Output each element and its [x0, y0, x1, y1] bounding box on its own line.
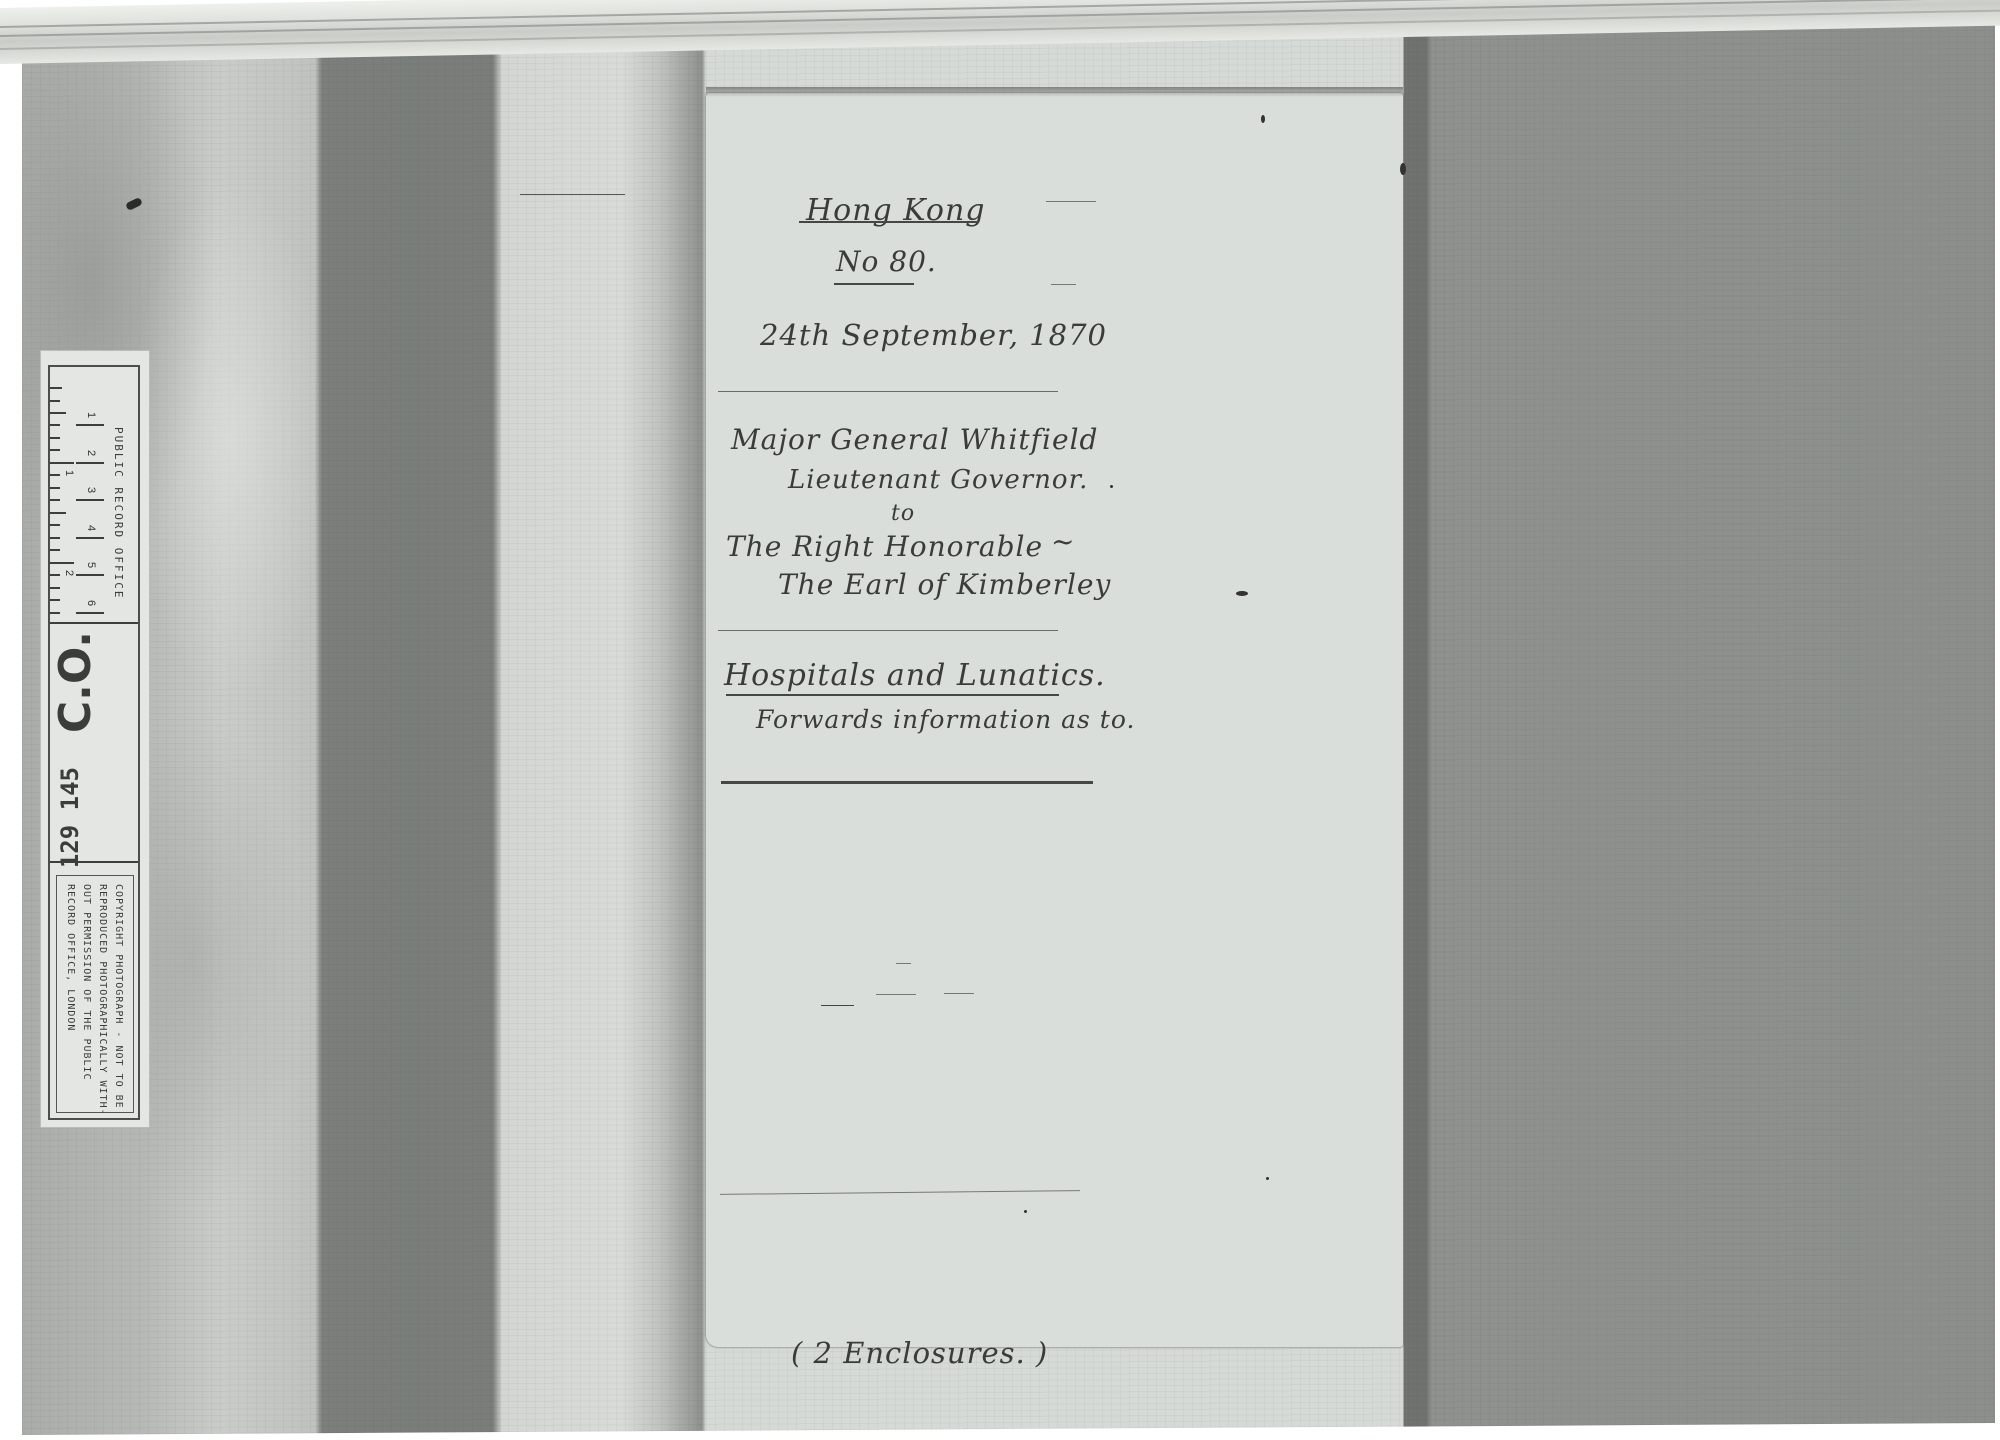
- scratch: [821, 1005, 854, 1006]
- scratch: [1051, 284, 1076, 285]
- copyright-notice: COPYRIGHT PHOTOGRAPH - NOT TO BE REPRODU…: [56, 875, 134, 1113]
- ruler-tick: [50, 449, 60, 451]
- copyright-line: COPYRIGHT PHOTOGRAPH - NOT TO BE: [113, 884, 124, 1109]
- cm-tick: [76, 574, 104, 576]
- to-word: to: [891, 501, 915, 526]
- ruler-tick: [50, 524, 60, 526]
- archive-ruler-label: PUBLIC RECORD OFFICE 1 2 3 4 5 6 1: [40, 350, 150, 1128]
- sender-name: Major General Whitfield: [731, 423, 1098, 456]
- recipient-line1: The Right Honorable: [726, 530, 1043, 563]
- ruler-tick: [50, 574, 60, 576]
- dispatch-date: 24th September, 1870: [760, 318, 1107, 352]
- number-underline: [834, 283, 914, 285]
- copyright-line: REPRODUCED PHOTOGRAPHICALLY WITH-: [97, 884, 108, 1116]
- ruler-tick: [50, 424, 60, 426]
- ink-speck: [1110, 485, 1113, 488]
- cm-label: 5: [85, 562, 97, 568]
- cm-label: 1: [85, 412, 97, 418]
- scratch: [896, 963, 911, 964]
- ink-speck: [1261, 115, 1265, 123]
- scratch: [1046, 201, 1096, 202]
- stray-scratch: [520, 194, 625, 195]
- section-divider: [50, 861, 138, 863]
- sender-title: Lieutenant Governor.: [788, 465, 1088, 495]
- copyright-line: RECORD OFFICE, LONDON: [65, 884, 76, 1031]
- subject-underline: [726, 694, 1059, 696]
- ruler-tick: [50, 499, 60, 501]
- section-divider: [50, 622, 138, 624]
- inch-label: 2: [63, 570, 75, 576]
- colony-underline: [799, 221, 979, 223]
- dispatch-number: No 80.: [836, 245, 937, 278]
- cm-label: 2: [85, 450, 97, 456]
- cm-tick: [76, 462, 104, 464]
- tilde-mark: ~: [1051, 525, 1075, 558]
- scratch: [876, 994, 916, 995]
- series-code: C.O.: [50, 631, 101, 733]
- cm-tick: [76, 537, 104, 539]
- ruler-tick: [50, 462, 74, 464]
- docket-paper: Hong Kong No 80. 24th September, 1870 Ma…: [706, 93, 1403, 1347]
- record-office-header: PUBLIC RECORD OFFICE: [112, 427, 125, 599]
- ink-speck: [1236, 591, 1248, 596]
- ruler-tick: [50, 412, 66, 414]
- subject-heading: Hospitals and Lunatics.: [724, 658, 1106, 693]
- cm-label: 6: [85, 600, 97, 606]
- ruler-tick: [50, 512, 66, 514]
- ink-speck: [1400, 163, 1406, 175]
- ruler-tick: [50, 387, 62, 389]
- inch-label: 1: [63, 470, 75, 476]
- ruler-tick: [50, 437, 60, 439]
- ruler-tick: [50, 400, 60, 402]
- cm-label: 3: [85, 487, 97, 493]
- piece-reference: 129 145: [56, 767, 84, 868]
- separator-3: [721, 781, 1093, 784]
- ruler-tick: [50, 612, 60, 614]
- separator-1: [718, 391, 1058, 392]
- ink-speck: [1266, 1177, 1269, 1180]
- ruler-tick: [50, 599, 60, 601]
- ruler-tick: [50, 487, 60, 489]
- cm-tick: [76, 612, 104, 614]
- cm-tick: [76, 424, 104, 426]
- ruler-tick: [50, 562, 74, 564]
- enclosures-note: ( 2 Enclosures. ): [791, 1336, 1048, 1370]
- ruler-tick: [50, 549, 60, 551]
- subject-summary: Forwards information as to.: [756, 705, 1135, 734]
- ruler-tick: [50, 537, 60, 539]
- ink-speck: [1024, 1210, 1027, 1213]
- ruler-tick: [50, 587, 60, 589]
- recipient-line2: The Earl of Kimberley: [778, 568, 1111, 601]
- cm-label: 4: [85, 525, 97, 531]
- scratch: [720, 1190, 1080, 1195]
- copyright-line: OUT PERMISSION OF THE PUBLIC: [81, 884, 92, 1081]
- separator-2: [718, 630, 1058, 631]
- cm-tick: [76, 499, 104, 501]
- ruler-tick: [50, 474, 60, 476]
- ruler-frame: PUBLIC RECORD OFFICE 1 2 3 4 5 6 1: [48, 365, 140, 1120]
- scratch: [944, 993, 974, 994]
